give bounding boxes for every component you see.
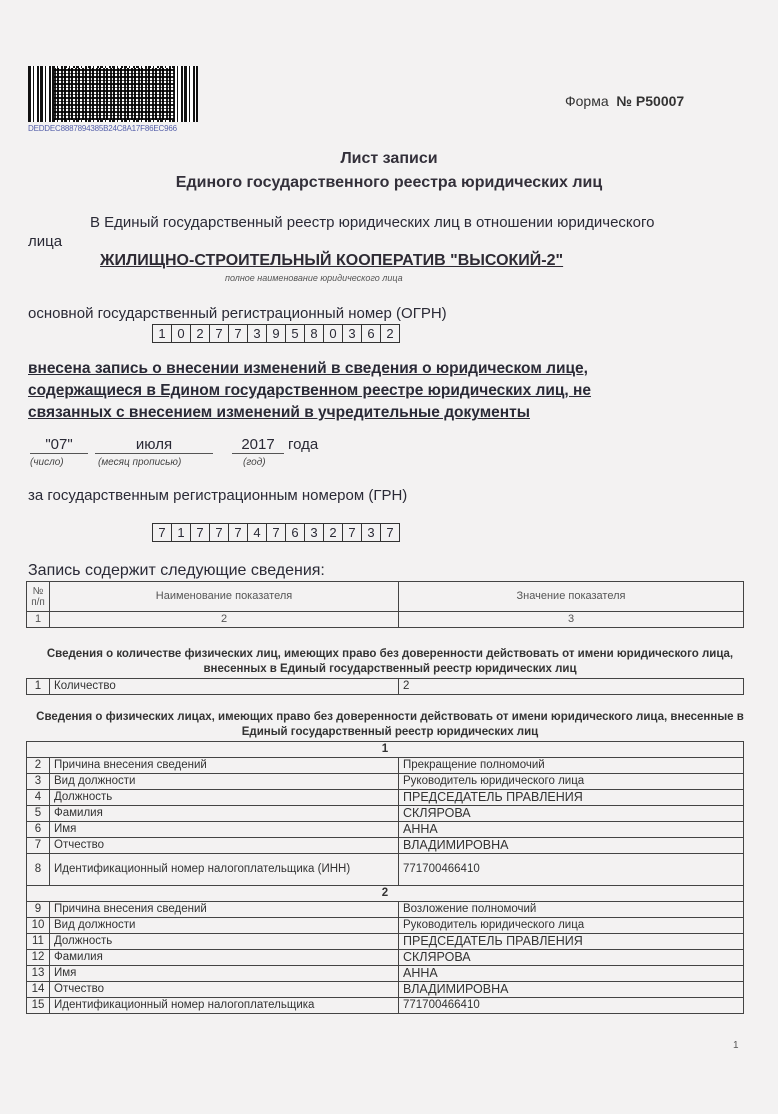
grn-digit: 7 bbox=[229, 524, 248, 541]
row-number: 5 bbox=[27, 806, 50, 822]
row-name: Причина внесения сведений bbox=[50, 902, 399, 918]
row-value: СКЛЯРОВА bbox=[399, 806, 744, 822]
count-table: 1 Количество 2 bbox=[26, 678, 744, 695]
row-number: 9 bbox=[27, 902, 50, 918]
barcode bbox=[28, 66, 198, 122]
col-index: 2 bbox=[50, 612, 399, 628]
grn-digit: 7 bbox=[210, 524, 229, 541]
grn-digit: 7 bbox=[191, 524, 210, 541]
intro-line2: лица bbox=[28, 233, 62, 250]
col-value: Значение показателя bbox=[399, 582, 744, 612]
row-name: Отчество bbox=[50, 838, 399, 854]
table-row: 15Идентификационный номер налогоплательщ… bbox=[27, 998, 744, 1014]
row-number: 12 bbox=[27, 950, 50, 966]
row-number: 15 bbox=[27, 998, 50, 1014]
col-num: № п/п bbox=[27, 582, 50, 612]
table-row: 9Причина внесения сведенийВозложение пол… bbox=[27, 902, 744, 918]
row-number: 2 bbox=[27, 758, 50, 774]
grn-digit: 2 bbox=[324, 524, 343, 541]
entry-line2: содержащиеся в Едином государственном ре… bbox=[28, 380, 728, 402]
row-number: 3 bbox=[27, 774, 50, 790]
group-label: 1 bbox=[27, 742, 744, 758]
row-name: Фамилия bbox=[50, 806, 399, 822]
ogrn-digit: 5 bbox=[286, 325, 305, 342]
row-name: Идентификационный номер налогоплательщик… bbox=[50, 854, 399, 886]
row-value: 2 bbox=[399, 679, 744, 695]
row-value: ПРЕДСЕДАТЕЛЬ ПРАВЛЕНИЯ bbox=[399, 934, 744, 950]
row-value: 771700466410 bbox=[399, 998, 744, 1014]
row-number: 6 bbox=[27, 822, 50, 838]
page-title: Лист записи bbox=[0, 150, 778, 168]
row-name: Отчество bbox=[50, 982, 399, 998]
ogrn-label: основной государственный регистрационный… bbox=[28, 305, 447, 322]
org-caption: полное наименование юридического лица bbox=[225, 273, 403, 283]
form-label: Форма bbox=[565, 93, 609, 109]
row-name: Количество bbox=[50, 679, 399, 695]
col-name: Наименование показателя bbox=[50, 582, 399, 612]
table-row: 3Вид должностиРуководитель юридического … bbox=[27, 774, 744, 790]
date-day: "07" bbox=[30, 436, 88, 454]
date-month-caption: (месяц прописью) bbox=[98, 457, 181, 468]
col-index: 3 bbox=[399, 612, 744, 628]
row-value: ВЛАДИМИРОВНА bbox=[399, 838, 744, 854]
date-year: 2017 bbox=[232, 436, 284, 454]
row-name: Имя bbox=[50, 966, 399, 982]
ogrn-digit: 3 bbox=[343, 325, 362, 342]
table-row: 6ИмяАННА bbox=[27, 822, 744, 838]
ogrn-digit: 1 bbox=[153, 325, 172, 342]
row-name: Идентификационный номер налогоплательщик… bbox=[50, 998, 399, 1014]
row-number: 11 bbox=[27, 934, 50, 950]
row-value: Прекращение полномочий bbox=[399, 758, 744, 774]
ogrn-digit: 0 bbox=[324, 325, 343, 342]
intro-line1: В Единый государственный реестр юридичес… bbox=[90, 214, 654, 231]
row-name: Вид должности bbox=[50, 774, 399, 790]
date-day-caption: (число) bbox=[30, 457, 64, 468]
grn-digit: 3 bbox=[305, 524, 324, 541]
row-number: 14 bbox=[27, 982, 50, 998]
row-name: Должность bbox=[50, 934, 399, 950]
page-subtitle: Единого государственного реестра юридиче… bbox=[0, 174, 778, 192]
entry-line1: внесена запись о внесении изменений в св… bbox=[28, 358, 728, 380]
grn-digits: 7 1 7 7 7 4 7 6 3 2 7 3 7 bbox=[152, 523, 400, 542]
table-row: 1 Количество 2 bbox=[27, 679, 744, 695]
grn-digit: 7 bbox=[343, 524, 362, 541]
persons-table: 1 2Причина внесения сведенийПрекращение … bbox=[26, 741, 744, 1014]
org-name: ЖИЛИЩНО-СТРОИТЕЛЬНЫЙ КООПЕРАТИВ "ВЫСОКИЙ… bbox=[100, 252, 563, 270]
table-row: 4ДолжностьПРЕДСЕДАТЕЛЬ ПРАВЛЕНИЯ bbox=[27, 790, 744, 806]
row-number: 7 bbox=[27, 838, 50, 854]
row-name: Имя bbox=[50, 822, 399, 838]
row-value: СКЛЯРОВА bbox=[399, 950, 744, 966]
ogrn-digit: 6 bbox=[362, 325, 381, 342]
row-value: ПРЕДСЕДАТЕЛЬ ПРАВЛЕНИЯ bbox=[399, 790, 744, 806]
table-row: 7ОтчествоВЛАДИМИРОВНА bbox=[27, 838, 744, 854]
row-number: 10 bbox=[27, 918, 50, 934]
row-number: 13 bbox=[27, 966, 50, 982]
row-number: 4 bbox=[27, 790, 50, 806]
entry-line3: связанных с внесением изменений в учреди… bbox=[28, 402, 728, 424]
table-row: 13ИмяАННА bbox=[27, 966, 744, 982]
table-row: 2Причина внесения сведенийПрекращение по… bbox=[27, 758, 744, 774]
table-row: 11ДолжностьПРЕДСЕДАТЕЛЬ ПРАВЛЕНИЯ bbox=[27, 934, 744, 950]
grn-label: за государственным регистрационным номер… bbox=[28, 487, 407, 504]
row-name: Вид должности bbox=[50, 918, 399, 934]
entry-statement: внесена запись о внесении изменений в св… bbox=[28, 358, 728, 424]
section-count-title: Сведения о количестве физических лиц, им… bbox=[30, 647, 750, 677]
ogrn-digit: 3 bbox=[248, 325, 267, 342]
date-month: июля bbox=[95, 436, 213, 454]
grn-digit: 7 bbox=[381, 524, 399, 541]
row-name: Фамилия bbox=[50, 950, 399, 966]
contents-header-table: № п/п Наименование показателя Значение п… bbox=[26, 581, 744, 628]
barcode-text: DEDDEC8887894385B24C8A17F86EC966 bbox=[28, 124, 177, 133]
row-number: 1 bbox=[27, 679, 50, 695]
form-number: Форма № Р50007 bbox=[565, 93, 684, 109]
row-name: Причина внесения сведений bbox=[50, 758, 399, 774]
ogrn-digit: 8 bbox=[305, 325, 324, 342]
grn-digit: 3 bbox=[362, 524, 381, 541]
row-name: Должность bbox=[50, 790, 399, 806]
table-row: 14ОтчествоВЛАДИМИРОВНА bbox=[27, 982, 744, 998]
ogrn-digits: 1 0 2 7 7 3 9 5 8 0 3 6 2 bbox=[152, 324, 400, 343]
ogrn-digit: 2 bbox=[191, 325, 210, 342]
ogrn-digit: 9 bbox=[267, 325, 286, 342]
row-number: 8 bbox=[27, 854, 50, 886]
grn-digit: 7 bbox=[153, 524, 172, 541]
grn-digit: 4 bbox=[248, 524, 267, 541]
grn-digit: 7 bbox=[267, 524, 286, 541]
ogrn-digit: 2 bbox=[381, 325, 399, 342]
ogrn-digit: 7 bbox=[210, 325, 229, 342]
form-number-value: № Р50007 bbox=[616, 93, 684, 109]
row-value: Руководитель юридического лица bbox=[399, 918, 744, 934]
contents-title: Запись содержит следующие сведения: bbox=[28, 562, 325, 580]
row-value: АННА bbox=[399, 966, 744, 982]
section-persons-title: Сведения о физических лицах, имеющих пра… bbox=[30, 710, 750, 740]
col-index: 1 bbox=[27, 612, 50, 628]
ogrn-digit: 0 bbox=[172, 325, 191, 342]
row-value: ВЛАДИМИРОВНА bbox=[399, 982, 744, 998]
date-year-caption: (год) bbox=[243, 457, 266, 468]
table-row: 8Идентификационный номер налогоплательщи… bbox=[27, 854, 744, 886]
grn-digit: 1 bbox=[172, 524, 191, 541]
date-year-suffix: года bbox=[288, 436, 318, 453]
row-value: Руководитель юридического лица bbox=[399, 774, 744, 790]
group-label: 2 bbox=[27, 886, 744, 902]
row-value: Возложение полномочий bbox=[399, 902, 744, 918]
grn-digit: 6 bbox=[286, 524, 305, 541]
row-value: АННА bbox=[399, 822, 744, 838]
table-row: 10Вид должностиРуководитель юридического… bbox=[27, 918, 744, 934]
table-row: 5ФамилияСКЛЯРОВА bbox=[27, 806, 744, 822]
page-number: 1 bbox=[733, 1040, 739, 1051]
row-value: 771700466410 bbox=[399, 854, 744, 886]
ogrn-digit: 7 bbox=[229, 325, 248, 342]
table-row: 12ФамилияСКЛЯРОВА bbox=[27, 950, 744, 966]
